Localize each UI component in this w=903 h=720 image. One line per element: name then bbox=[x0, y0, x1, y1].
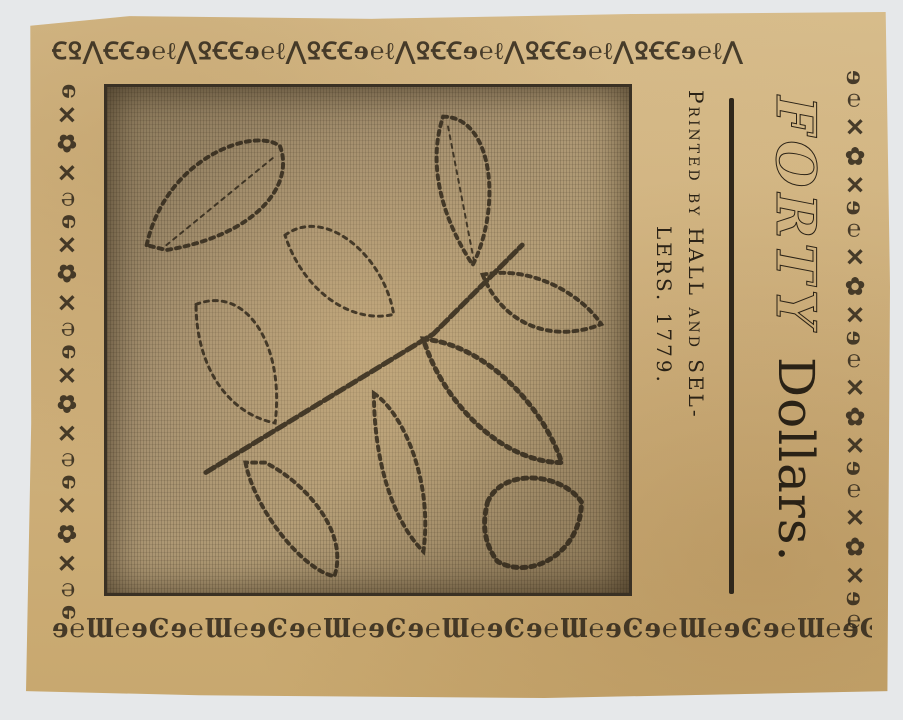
denomination-unit: Dollars. bbox=[767, 357, 825, 562]
ornamental-border-top: ꞒꝾ⋀ꞒꞒɘ℮ℓ⋀ꝾꞒꞒɘ℮ℓ⋀ꝾꞒꞒɘ℮ℓ⋀ꝾꞒꞒɘ℮ℓ⋀ꝾꞒꞒɘ℮ℓ⋀ꝾꞒꞒ… bbox=[52, 34, 872, 68]
leaf-print-vignette bbox=[104, 84, 632, 596]
denomination-word: FORTY bbox=[764, 96, 828, 334]
ornamental-border-left: ɘ℮✕✿✕ɘ℮✕✿✕ɘ℮✕✿✕ɘ℮✕✿✕ɘ℮✕✿✕ɘ℮✕✿✕ɘ℮✕✱ bbox=[52, 80, 92, 620]
denomination: FORTY Dollars. bbox=[764, 96, 828, 563]
printer-imprint-line-1: Printed by HALL and SEL- bbox=[684, 90, 708, 420]
ornamental-border-bottom: ɘ℮Ɯ℮ɘϾɘ℮Ɯ℮ɘϾɘ℮Ɯ℮ɘϾɘ℮Ɯ℮ɘϾɘ℮Ɯ℮ɘϾɘ℮Ɯ℮ɘϾɘ℮Ɯ℮… bbox=[52, 614, 872, 654]
leaf-nature-print-icon bbox=[107, 87, 629, 593]
vertical-rule bbox=[729, 98, 734, 594]
printer-imprint-line-2: LERS. 1779. bbox=[652, 226, 676, 385]
ornamental-border-right: ɘ℮✕✿✕ɘ℮✕✿✕ɘ℮✕✿✕ɘ℮✕✿✕ɘ℮✕✿✕ɘ℮✕✿✕✱ɘ℮✕ bbox=[826, 70, 870, 630]
